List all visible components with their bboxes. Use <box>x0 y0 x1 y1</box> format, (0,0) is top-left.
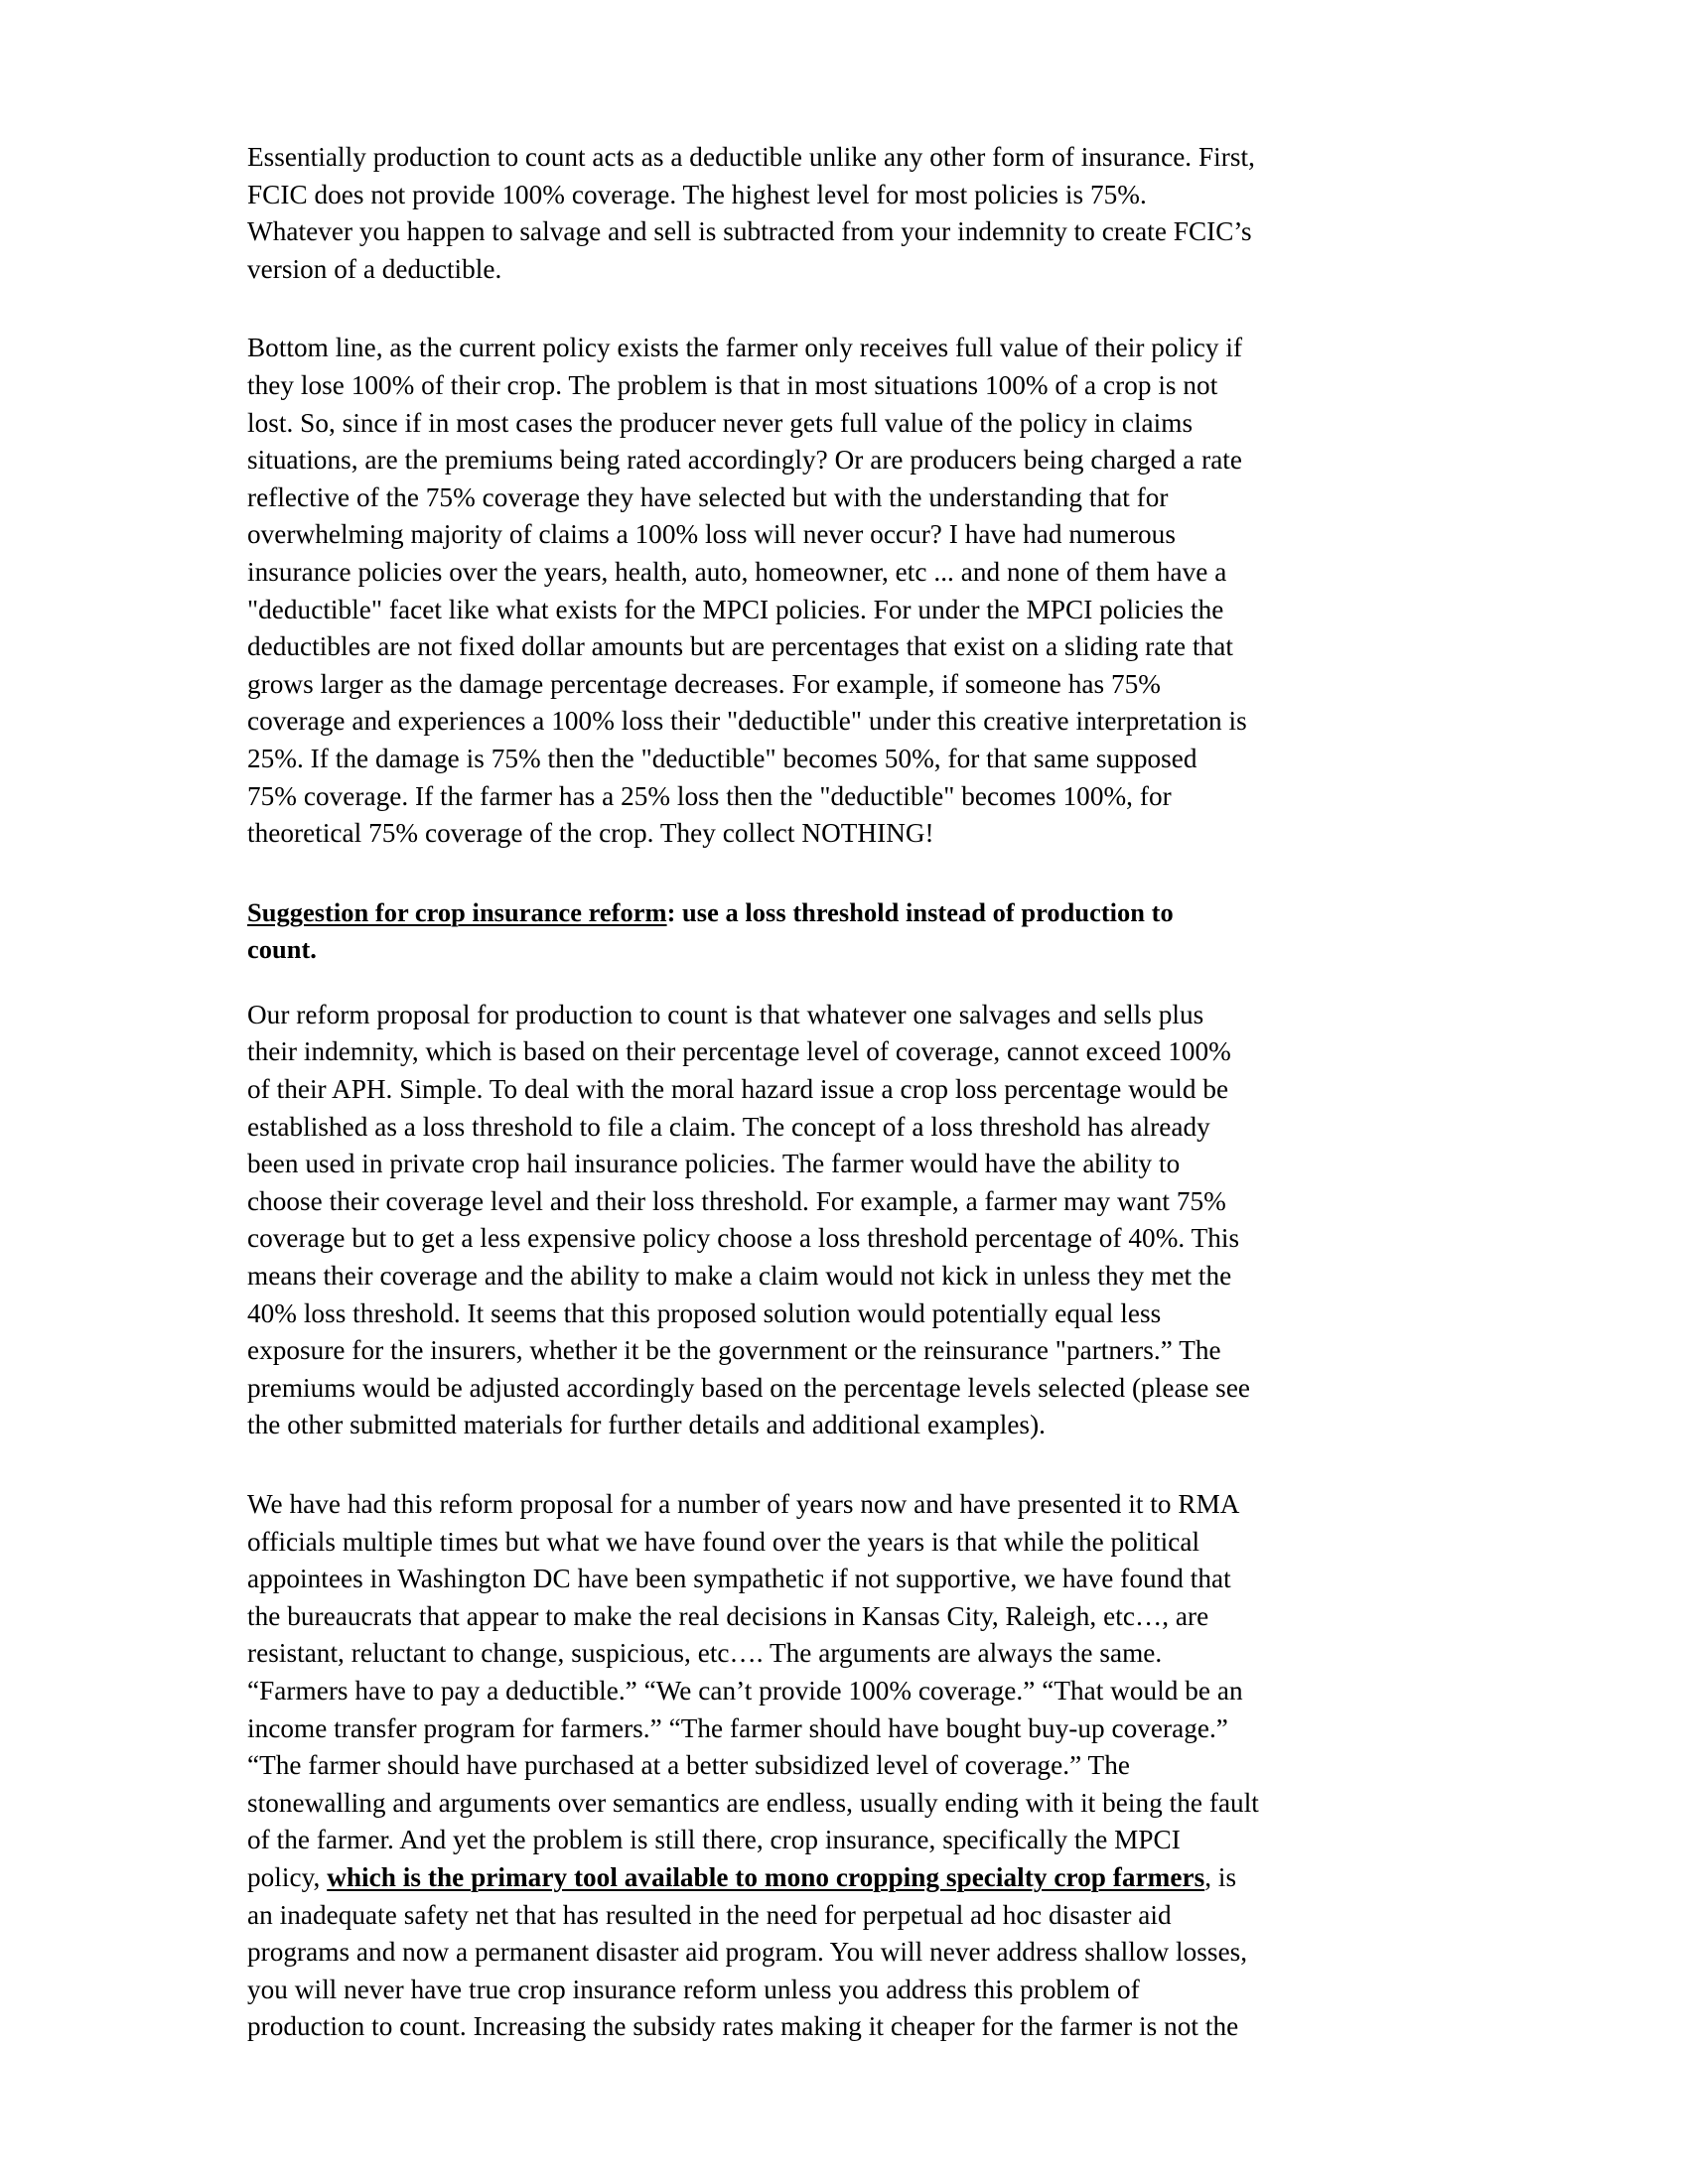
text-line: reflective of the 75% coverage they have… <box>247 479 1449 517</box>
text-line: coverage and experiences a 100% loss the… <box>247 703 1449 741</box>
text-line: programs and now a permanent disaster ai… <box>247 1934 1449 1972</box>
paragraph-p1: Essentially production to count acts as … <box>247 139 1449 288</box>
text-line: grows larger as the damage percentage de… <box>247 666 1449 704</box>
text-line: of the farmer. And yet the problem is st… <box>247 1822 1449 1859</box>
text-run: “The farmer should have purchased at a b… <box>247 1750 1130 1780</box>
text-run: coverage but to get a less expensive pol… <box>247 1223 1239 1253</box>
text-run: lost. So, since if in most cases the pro… <box>247 408 1193 438</box>
emphasized-text: : use a loss threshold instead of produc… <box>667 897 1174 927</box>
text-run: of the farmer. And yet the problem is st… <box>247 1825 1181 1854</box>
paragraph-p3: Our reform proposal for production to co… <box>247 997 1449 1444</box>
text-run: deductibles are not fixed dollar amounts… <box>247 631 1233 661</box>
text-run: you will never have true crop insurance … <box>247 1975 1140 2004</box>
text-run: 40% loss threshold. It seems that this p… <box>247 1298 1161 1328</box>
text-line: of their APH. Simple. To deal with the m… <box>247 1071 1449 1109</box>
text-line: Bottom line, as the current policy exist… <box>247 330 1449 367</box>
text-line: “The farmer should have purchased at a b… <box>247 1747 1449 1785</box>
text-run: FCIC does not provide 100% coverage. The… <box>247 180 1147 209</box>
text-run: income transfer program for farmers.” “T… <box>247 1713 1228 1743</box>
emphasized-text: which is the primary tool available to m… <box>327 1862 1204 1892</box>
text-run: theoretical 75% coverage of the crop. Th… <box>247 818 934 848</box>
text-line: their indemnity, which is based on their… <box>247 1033 1449 1071</box>
text-line: theoretical 75% coverage of the crop. Th… <box>247 815 1449 853</box>
text-line: FCIC does not provide 100% coverage. The… <box>247 177 1449 214</box>
text-run: the other submitted materials for furthe… <box>247 1410 1046 1439</box>
text-run: grows larger as the damage percentage de… <box>247 669 1161 699</box>
text-line: the bureaucrats that appear to make the … <box>247 1598 1449 1636</box>
text-run: established as a loss threshold to file … <box>247 1112 1210 1142</box>
text-line: “Farmers have to pay a deductible.” “We … <box>247 1673 1449 1710</box>
text-line: We have had this reform proposal for a n… <box>247 1486 1449 1524</box>
text-run: 75% coverage. If the farmer has a 25% lo… <box>247 781 1172 811</box>
text-run: Essentially production to count acts as … <box>247 142 1255 172</box>
text-line: choose their coverage level and their lo… <box>247 1183 1449 1221</box>
emphasized-text: Suggestion for crop insurance reform <box>247 897 667 927</box>
text-line: lost. So, since if in most cases the pro… <box>247 405 1449 443</box>
text-run: insurance policies over the years, healt… <box>247 557 1226 587</box>
text-line: "deductible" facet like what exists for … <box>247 592 1449 629</box>
text-line: you will never have true crop insurance … <box>247 1972 1449 2009</box>
text-run: programs and now a permanent disaster ai… <box>247 1937 1247 1967</box>
text-line: been used in private crop hail insurance… <box>247 1146 1449 1183</box>
text-line: count. <box>247 931 1449 969</box>
text-line: officials multiple times but what we hav… <box>247 1524 1449 1562</box>
text-run: Whatever you happen to salvage and sell … <box>247 216 1252 246</box>
section-heading: Suggestion for crop insurance reform: us… <box>247 894 1449 969</box>
document-page: Essentially production to count acts as … <box>0 0 1688 2184</box>
text-run: “Farmers have to pay a deductible.” “We … <box>247 1676 1243 1706</box>
text-line: premiums would be adjusted accordingly b… <box>247 1370 1449 1408</box>
text-line: situations, are the premiums being rated… <box>247 442 1449 479</box>
text-line: version of a deductible. <box>247 251 1449 289</box>
text-run: version of a deductible. <box>247 254 501 284</box>
text-line: an inadequate safety net that has result… <box>247 1897 1449 1935</box>
text-line: established as a loss threshold to file … <box>247 1109 1449 1147</box>
text-line: resistant, reluctant to change, suspicio… <box>247 1635 1449 1673</box>
text-run: they lose 100% of their crop. The proble… <box>247 370 1217 400</box>
paragraph-p2: Bottom line, as the current policy exist… <box>247 330 1449 852</box>
text-run: production to count. Increasing the subs… <box>247 2011 1238 2041</box>
text-line: 75% coverage. If the farmer has a 25% lo… <box>247 778 1449 816</box>
text-line: Our reform proposal for production to co… <box>247 997 1449 1034</box>
text-line: 40% loss threshold. It seems that this p… <box>247 1296 1449 1333</box>
text-run: situations, are the premiums being rated… <box>247 445 1242 475</box>
text-line: 25%. If the damage is 75% then the "dedu… <box>247 741 1449 778</box>
text-line: policy, which is the primary tool availa… <box>247 1859 1449 1897</box>
text-line: overwhelming majority of claims a 100% l… <box>247 516 1449 554</box>
text-run: resistant, reluctant to change, suspicio… <box>247 1638 1162 1668</box>
text-line: coverage but to get a less expensive pol… <box>247 1220 1449 1258</box>
text-line: production to count. Increasing the subs… <box>247 2008 1449 2046</box>
text-line: the other submitted materials for furthe… <box>247 1407 1449 1444</box>
text-run: means their coverage and the ability to … <box>247 1261 1231 1291</box>
text-line: appointees in Washington DC have been sy… <box>247 1561 1449 1598</box>
text-line: means their coverage and the ability to … <box>247 1258 1449 1296</box>
text-run: appointees in Washington DC have been sy… <box>247 1564 1231 1593</box>
text-run: the bureaucrats that appear to make the … <box>247 1601 1208 1631</box>
text-run: reflective of the 75% coverage they have… <box>247 482 1169 512</box>
text-run: , is <box>1204 1862 1236 1892</box>
text-run: of their APH. Simple. To deal with the m… <box>247 1074 1228 1104</box>
emphasized-text: count. <box>247 934 317 964</box>
paragraph-p4: We have had this reform proposal for a n… <box>247 1486 1449 2046</box>
text-run: Our reform proposal for production to co… <box>247 1000 1203 1029</box>
text-line: deductibles are not fixed dollar amounts… <box>247 628 1449 666</box>
text-line: stonewalling and arguments over semantic… <box>247 1785 1449 1823</box>
text-run: officials multiple times but what we hav… <box>247 1527 1199 1557</box>
text-run: coverage and experiences a 100% loss the… <box>247 706 1247 736</box>
text-run: stonewalling and arguments over semantic… <box>247 1788 1259 1818</box>
text-run: exposure for the insurers, whether it be… <box>247 1335 1221 1365</box>
text-line: income transfer program for farmers.” “T… <box>247 1710 1449 1748</box>
text-run: been used in private crop hail insurance… <box>247 1149 1180 1178</box>
text-line: insurance policies over the years, healt… <box>247 554 1449 592</box>
text-run: choose their coverage level and their lo… <box>247 1186 1226 1216</box>
text-line: Whatever you happen to salvage and sell … <box>247 213 1449 251</box>
text-line: they lose 100% of their crop. The proble… <box>247 367 1449 405</box>
document-body: Essentially production to count acts as … <box>247 139 1449 2088</box>
text-run: policy, <box>247 1862 327 1892</box>
text-run: an inadequate safety net that has result… <box>247 1900 1172 1930</box>
text-line: Essentially production to count acts as … <box>247 139 1449 177</box>
text-run: premiums would be adjusted accordingly b… <box>247 1373 1250 1403</box>
text-line: Suggestion for crop insurance reform: us… <box>247 894 1449 932</box>
text-run: their indemnity, which is based on their… <box>247 1036 1231 1066</box>
text-run: Bottom line, as the current policy exist… <box>247 333 1242 362</box>
text-run: 25%. If the damage is 75% then the "dedu… <box>247 744 1197 773</box>
text-line: exposure for the insurers, whether it be… <box>247 1332 1449 1370</box>
text-run: We have had this reform proposal for a n… <box>247 1489 1240 1519</box>
text-run: overwhelming majority of claims a 100% l… <box>247 519 1176 549</box>
text-run: "deductible" facet like what exists for … <box>247 595 1223 624</box>
